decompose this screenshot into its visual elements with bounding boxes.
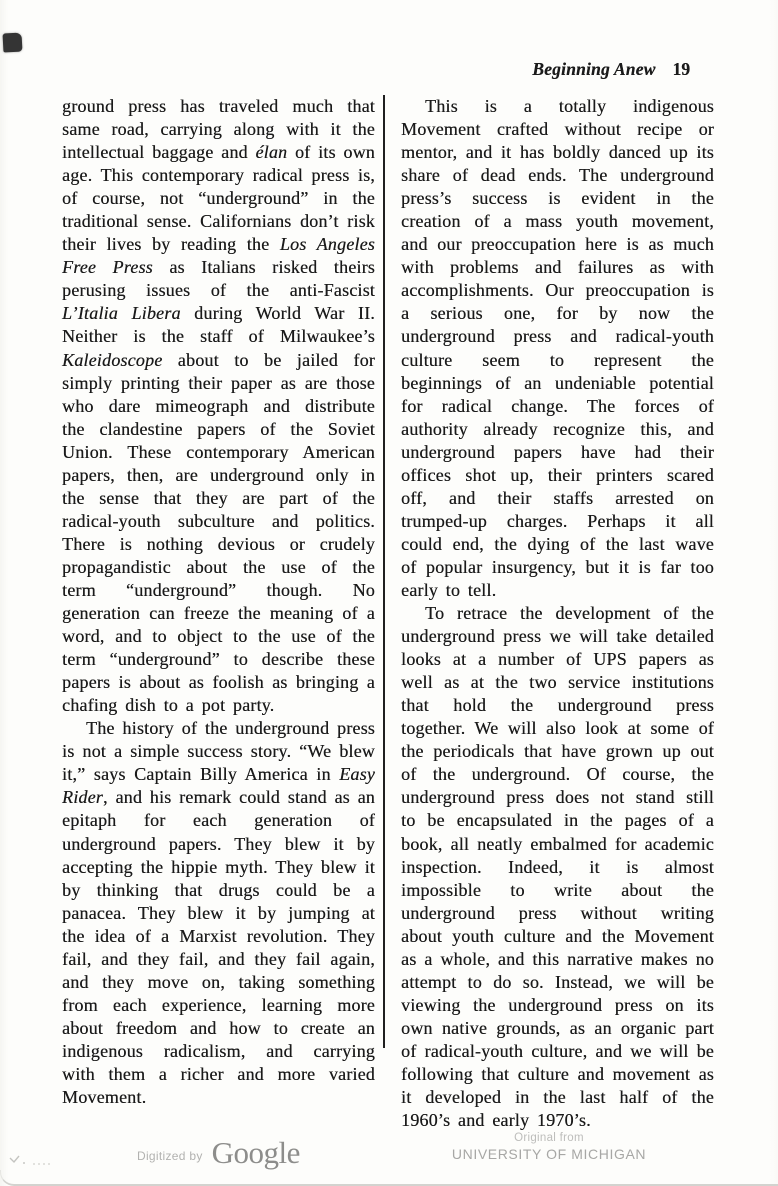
scanned-book-page: Beginning Anew19 ground press has travel…	[0, 0, 778, 1186]
paragraph: To retrace the development of the underg…	[401, 602, 714, 1132]
page-bottom-edge	[0, 1170, 778, 1186]
paragraph: The history of the underground press is …	[62, 717, 375, 1109]
right-column: This is a totally indigenous Movement cr…	[401, 95, 714, 1132]
digitization-credit: Digitized by Google	[137, 1134, 300, 1172]
running-header: Beginning Anew19	[532, 59, 690, 80]
google-logo: Google	[212, 1135, 300, 1171]
paragraph: ground press has traveled much that same…	[62, 95, 375, 717]
original-from-label: Original from	[449, 1132, 649, 1144]
chapter-title: Beginning Anew	[532, 59, 655, 79]
left-column: ground press has traveled much that same…	[62, 95, 375, 1132]
institution-name: UNIVERSITY OF MICHIGAN	[449, 1146, 649, 1162]
text-columns: ground press has traveled much that same…	[62, 95, 714, 1132]
column-divider-rule	[383, 95, 385, 1048]
source-credit: Original from UNIVERSITY OF MICHIGAN	[449, 1132, 649, 1162]
page-number: 19	[673, 59, 691, 79]
ink-blot-artifact	[3, 33, 23, 53]
digitized-by-label: Digitized by	[137, 1149, 203, 1163]
paragraph: This is a totally indigenous Movement cr…	[401, 95, 714, 602]
